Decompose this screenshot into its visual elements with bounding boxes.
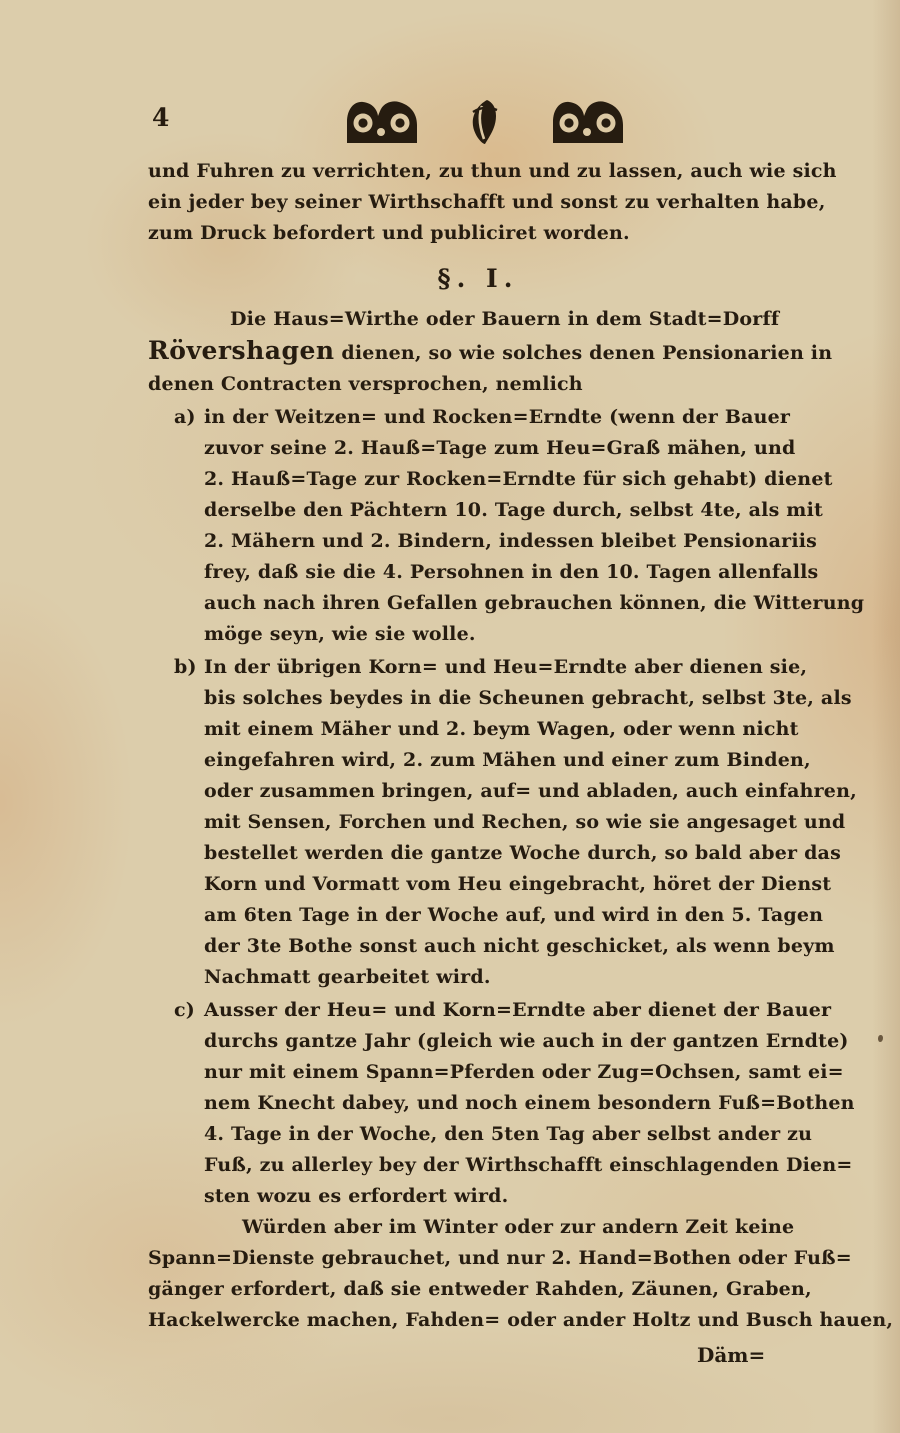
opening-paragraph: Die Haus=Wirthe oder Bauern in dem Stadt… xyxy=(148,304,808,400)
scanned-book-page: 4 xyxy=(0,0,900,1433)
item-text: In der übrigen Korn= und Heu=Erndte aber… xyxy=(204,652,857,993)
item-text: in der Weitzen= und Rocken=Erndte (wenn … xyxy=(204,402,864,650)
closing-first-line: Würden aber im Winter oder zur andern Ze… xyxy=(148,1212,808,1243)
item-label: a) xyxy=(174,402,204,650)
catchword: Däm= xyxy=(697,1343,765,1367)
page-number: 4 xyxy=(152,103,169,132)
list-item-b: b) In der übrigen Korn= und Heu=Erndte a… xyxy=(148,652,808,993)
item-text: Ausser der Heu= und Korn=Erndte aber die… xyxy=(204,995,855,1212)
opening-line-2-rest: dienen, so wie solches denen Pensionarie… xyxy=(335,342,833,364)
section-heading: §. I. xyxy=(148,263,808,294)
intro-paragraph: und Fuhren zu verrichten, zu thun und zu… xyxy=(148,156,808,249)
fleuron-double-scroll-icon xyxy=(551,98,625,144)
item-label: c) xyxy=(174,995,204,1212)
page-body: und Fuhren zu verrichten, zu thun und zu… xyxy=(148,156,808,1336)
item-label: b) xyxy=(174,652,204,993)
closing-rest: Spann=Dienste gebrauchet, und nur 2. Han… xyxy=(148,1243,808,1336)
header-ornaments xyxy=(345,98,625,146)
opening-line-3: denen Contracten versprochen, nemlich xyxy=(148,369,808,400)
place-name-emphasis: Rövershagen xyxy=(148,336,335,365)
fleuron-double-scroll-icon xyxy=(345,98,419,144)
ink-speck xyxy=(878,1035,883,1042)
list-item-c: c) Ausser der Heu= und Korn=Erndte aber … xyxy=(148,995,808,1212)
opening-line-2: Rövershagen dienen, so wie solches denen… xyxy=(148,335,808,369)
fleuron-leaf-icon xyxy=(467,98,503,146)
opening-line-1: Die Haus=Wirthe oder Bauern in dem Stadt… xyxy=(148,304,808,335)
closing-paragraph: Würden aber im Winter oder zur andern Ze… xyxy=(148,1212,808,1336)
list-item-a: a) in der Weitzen= und Rocken=Erndte (we… xyxy=(148,402,808,650)
